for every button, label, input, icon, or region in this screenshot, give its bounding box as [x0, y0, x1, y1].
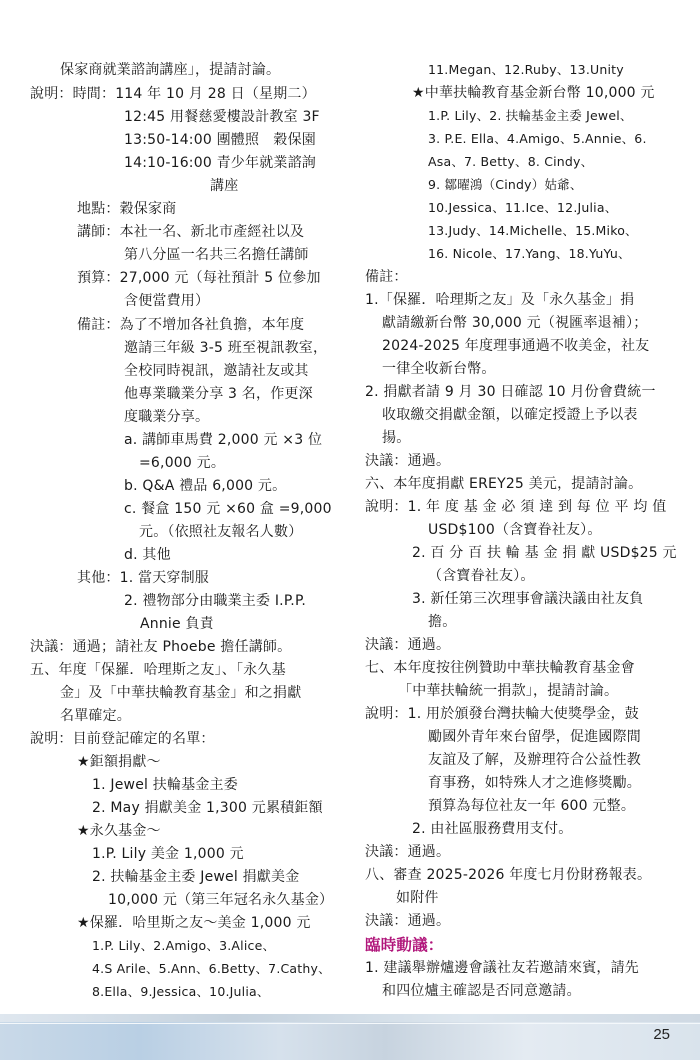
- text-line: 決議：通過。: [365, 842, 450, 862]
- text-line: 說明：1. 用於頒發台灣扶輪大使獎學金，鼓: [365, 704, 639, 724]
- text-line: 「中華扶輪統一捐款」，提請討論。: [398, 681, 618, 701]
- text-line: 保家商就業諮詢講座」，提請討論。: [60, 60, 280, 80]
- text-line: 講座: [210, 176, 238, 196]
- text-line: 預算：27,000 元（每社預計 5 位參加: [77, 268, 321, 288]
- text-line: b. Q&A 禮品 6,000 元。: [124, 476, 286, 496]
- text-line: 1.P. Lily 美金 1,000 元: [92, 844, 244, 864]
- text-line: 含便當費用）: [124, 291, 209, 311]
- text-line: 說明：時間：114 年 10 月 28 日（星期二）: [30, 84, 316, 104]
- text-line: 決議：通過。: [365, 451, 450, 471]
- text-line: 五、年度「保羅．哈理斯之友」、「永久基: [30, 660, 286, 680]
- text-line: 獻請繳新台幣 30,000 元（視匯率退補）；: [382, 313, 648, 333]
- text-line: 1. Jewel 扶輪基金主委: [92, 775, 238, 795]
- text-line: 決議：通過。: [365, 911, 450, 931]
- footer-band: [0, 1014, 700, 1060]
- text-line: 邀請三年級 3-5 班至視訊教室，: [124, 338, 327, 358]
- text-line: 2. May 捐獻美金 1,300 元累積鉅額: [92, 798, 323, 818]
- text-line: 3. P.E. Ella、4.Amigo、5.Annie、6.: [428, 129, 647, 149]
- text-line: 2. 捐獻者請 9 月 30 日確認 10 月份會費統一: [365, 382, 656, 402]
- text-line: 他專業職業分享 3 名，作更深: [124, 384, 313, 404]
- text-line: 元。（依照社友報名人數）: [139, 522, 302, 542]
- text-line: 講師：本社一名、新北市產經社以及: [77, 222, 304, 242]
- text-line: 八、審查 2025-2026 年度七月份財務報表。: [365, 865, 651, 885]
- text-line: ★保羅．哈里斯之友～美金 1,000 元: [77, 913, 311, 933]
- text-line: a. 講師車馬費 2,000 元 ×3 位: [124, 430, 322, 450]
- text-line: 金」及「中華扶輪教育基金」和之捐獻: [60, 683, 301, 703]
- text-line: 1.「保羅．哈理斯之友」及「永久基金」捐: [365, 290, 634, 310]
- text-line: 和四位爐主確認是否同意邀請。: [382, 981, 581, 1001]
- text-line: 14:10-16:00 青少年就業諮詢: [124, 153, 316, 173]
- text-line: 擔。: [428, 612, 456, 632]
- text-line: 如附件: [396, 888, 439, 908]
- text-line: 2024-2025 年度理事通過不收美金，社友: [382, 336, 649, 356]
- text-line: （含寶眷社友）。: [428, 566, 535, 586]
- text-line: 2. 由社區服務費用支付。: [412, 819, 572, 839]
- text-line: 9. 鄒曜鴻（Cindy）姑爺、: [428, 175, 583, 195]
- text-line: 七、本年度按往例贊助中華扶輪教育基金會: [365, 658, 635, 678]
- text-line: 13.Judy、14.Michelle、15.Miko、: [428, 221, 638, 241]
- text-line: 揚。: [382, 428, 410, 448]
- text-line: 8.Ella、9.Jessica、10.Julia、: [92, 982, 270, 1002]
- text-line: 六、本年度捐獻 EREY25 美元，提請討論。: [365, 474, 642, 494]
- text-line: ★鉅額捐獻～: [77, 752, 161, 772]
- text-line: 1.P. Lily、2. 扶輪基金主委 Jewel、: [428, 106, 633, 126]
- text-line: 3. 新任第三次理事會議決議由社友負: [412, 589, 643, 609]
- text-line: 10.Jessica、11.Ice、12.Julia、: [428, 198, 617, 218]
- text-line: 收取繳交捐獻金額，以確定授證上予以表: [382, 405, 638, 425]
- text-line: d. 其他: [124, 545, 171, 565]
- text-line: 2. 禮物部分由職業主委 I.P.P.: [124, 591, 306, 611]
- text-line: 2. 扶輪基金主委 Jewel 捐獻美金: [92, 867, 299, 887]
- text-line: Annie 負責: [140, 614, 214, 634]
- text-line: 地點：穀保家商: [77, 199, 176, 219]
- text-line: 4.S Arile、5.Ann、6.Betty、7.Cathy、: [92, 959, 331, 979]
- text-line: 度職業分享。: [124, 407, 209, 427]
- text-line: 備註：: [365, 267, 408, 287]
- section-heading-motions: 臨時動議：: [365, 935, 444, 955]
- text-line: 說明：目前登記確定的名單：: [30, 729, 215, 749]
- page-number: 25: [653, 1026, 670, 1043]
- text-line: ★永久基金～: [77, 821, 161, 841]
- text-line: 13:50-14:00 團體照 穀保園: [124, 130, 316, 150]
- text-line: 友誼及了解，及辦理符合公益性教: [428, 750, 641, 770]
- text-line: 說明：1. 年 度 基 金 必 須 達 到 每 位 平 均 值: [365, 497, 666, 517]
- text-line: 育事務，如特殊人才之進修獎勵。: [428, 773, 641, 793]
- text-line: 其他：1. 當天穿制服: [77, 568, 209, 588]
- text-line: 預算為每位社友一年 600 元整。: [428, 796, 635, 816]
- text-line: 第八分區一名共三名擔任講師: [124, 245, 309, 265]
- text-line: 2. 百 分 百 扶 輪 基 金 捐 獻 USD$25 元: [412, 543, 677, 563]
- text-line: 11.Megan、12.Ruby、13.Unity: [428, 60, 624, 80]
- text-line: 1.P. Lily、2.Amigo、3.Alice、: [92, 936, 275, 956]
- text-line: 1. 建議舉辦爐邊會議社友若邀請來賓，請先: [365, 958, 639, 978]
- text-line: 備註：為了不增加各社負擔，本年度: [77, 315, 304, 335]
- text-line: Asa、7. Betty、8. Cindy、: [428, 152, 593, 172]
- text-line: 10,000 元（第三年冠名永久基金）: [108, 890, 333, 910]
- text-line: 12:45 用餐慈愛樓設計教室 3F: [124, 107, 320, 127]
- text-line: 全校同時視訊，邀請社友或其: [124, 361, 309, 381]
- text-line: 名單確定。: [60, 706, 131, 726]
- text-line: 決議：通過；請社友 Phoebe 擔任講師。: [30, 637, 291, 657]
- text-line: 一律全收新台幣。: [382, 359, 496, 379]
- text-line: 16. Nicole、17.Yang、18.YuYu、: [428, 244, 631, 264]
- text-line: c. 餐盒 150 元 ×60 盒 =9,000: [124, 499, 332, 519]
- text-line: 決議：通過。: [365, 635, 450, 655]
- text-line: =6,000 元。: [139, 453, 225, 473]
- text-line: ★中華扶輪教育基金新台幣 10,000 元: [412, 83, 655, 103]
- text-line: 勵國外青年來台留學，促進國際間: [428, 727, 641, 747]
- text-line: USD$100（含寶眷社友）。: [428, 520, 602, 540]
